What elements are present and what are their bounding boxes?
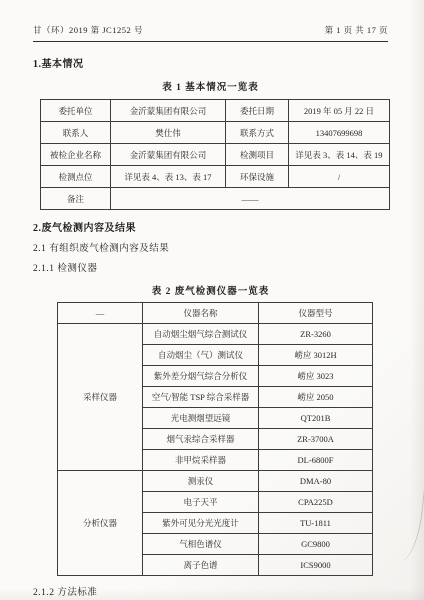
- column-header: 仪器名称: [143, 303, 259, 324]
- table1-basic-info: 委托单位 金沂蒙集团有限公司 委托日期 2019 年 05 月 22 日 联系人…: [40, 99, 390, 210]
- cell-dash: —: [58, 303, 143, 324]
- cell-value: 详见表 4、表 13、表 17: [111, 166, 226, 188]
- cell-label: 委托日期: [226, 100, 289, 122]
- instrument-name: 离子色谱: [143, 555, 259, 576]
- cell-label: 备注: [41, 188, 111, 210]
- cell-value: 13407699698: [289, 122, 390, 144]
- table-row: 被检企业名称 金沂蒙集团有限公司 检测项目 详见表 3、表 14、表 19: [41, 144, 390, 166]
- instrument-model: ZR-3700A: [259, 429, 373, 450]
- instrument-name: 测汞仪: [143, 471, 259, 492]
- cell-label: 联系人: [41, 122, 111, 144]
- instrument-model: 崂应 3012H: [259, 345, 373, 366]
- instrument-model: GC9800: [259, 534, 373, 555]
- instrument-model: DMA-80: [259, 471, 373, 492]
- section-1-heading: 1.基本情况: [33, 55, 388, 70]
- column-header: 仪器型号: [259, 303, 373, 324]
- report-number: 甘（环）2019 第 JC1252 号: [33, 24, 143, 36]
- instrument-model: 崂应 2050: [259, 387, 373, 408]
- instrument-name: 紫外可见分光光度计: [143, 513, 259, 534]
- group-label: 采样仪器: [58, 324, 143, 471]
- table-row: 分析仪器 测汞仪 DMA-80: [58, 471, 373, 492]
- instrument-model: QT201B: [259, 408, 373, 429]
- instrument-name: 自动烟尘烟气综合测试仪: [143, 324, 259, 345]
- section-2-heading: 2.废气检测内容及结果: [33, 219, 388, 234]
- section-2-1-2-heading: 2.1.2 方法标准: [33, 584, 388, 598]
- table-row: 采样仪器 自动烟尘烟气综合测试仪 ZR-3260: [58, 324, 373, 345]
- instrument-model: CPA225D: [259, 492, 373, 513]
- instrument-model: ICS9000: [259, 555, 373, 576]
- instrument-name: 紫外差分烟气综合分析仪: [143, 366, 259, 387]
- instrument-model: 崂应 3023: [259, 366, 373, 387]
- instrument-name: 光电测烟望远镜: [143, 408, 259, 429]
- table-row: 联系人 樊仕伟 联系方式 13407699698: [41, 122, 390, 144]
- instrument-name: 非甲烷采样器: [143, 450, 259, 471]
- page-header: 甘（环）2019 第 JC1252 号 第 1 页 共 17 页: [33, 24, 388, 42]
- group-label: 分析仪器: [58, 471, 143, 576]
- cell-label: 检测点位: [41, 166, 111, 188]
- instrument-model: DL-6800F: [259, 450, 373, 471]
- cell-value: 详见表 3、表 14、表 19: [289, 144, 390, 166]
- instrument-model: TU-1811: [259, 513, 373, 534]
- table-header-row: — 仪器名称 仪器型号: [58, 303, 373, 324]
- cell-value: /: [289, 166, 390, 188]
- cell-value: 金沂蒙集团有限公司: [111, 144, 226, 166]
- instrument-model: ZR-3260: [259, 324, 373, 345]
- section-2-1-heading: 2.1 有组织废气检测内容及结果: [33, 240, 388, 254]
- cell-value: 金沂蒙集团有限公司: [111, 100, 226, 122]
- table-row: 备注 ——: [41, 188, 390, 210]
- table-row: 检测点位 详见表 4、表 13、表 17 环保设施 /: [41, 166, 390, 188]
- cell-value: ——: [111, 188, 390, 210]
- instrument-name: 自动烟尘（气）测试仪: [143, 345, 259, 366]
- cell-label: 检测项目: [226, 144, 289, 166]
- cell-value: 2019 年 05 月 22 日: [289, 100, 390, 122]
- instrument-name: 烟气汞综合采样器: [143, 429, 259, 450]
- section-2-1-1-heading: 2.1.1 检测仪器: [33, 260, 388, 274]
- instrument-name: 气相色谱仪: [143, 534, 259, 555]
- cell-label: 委托单位: [41, 100, 111, 122]
- cell-label: 联系方式: [226, 122, 289, 144]
- cell-label: 环保设施: [226, 166, 289, 188]
- cell-value: 樊仕伟: [111, 122, 226, 144]
- table2-title: 表 2 废气检测仪器一览表: [33, 283, 388, 297]
- instrument-name: 空气/智能 TSP 综合采样器: [143, 387, 259, 408]
- document-page: 甘（环）2019 第 JC1252 号 第 1 页 共 17 页 1.基本情况 …: [0, 0, 424, 600]
- instrument-name: 电子天平: [143, 492, 259, 513]
- page-content: 甘（环）2019 第 JC1252 号 第 1 页 共 17 页 1.基本情况 …: [0, 0, 424, 598]
- table-row: 委托单位 金沂蒙集团有限公司 委托日期 2019 年 05 月 22 日: [41, 100, 390, 122]
- cell-label: 被检企业名称: [41, 144, 111, 166]
- table1-title: 表 1 基本情况一览表: [33, 79, 388, 93]
- page-indicator: 第 1 页 共 17 页: [325, 24, 388, 36]
- table2-instruments: — 仪器名称 仪器型号 采样仪器 自动烟尘烟气综合测试仪 ZR-3260 自动烟…: [57, 302, 373, 576]
